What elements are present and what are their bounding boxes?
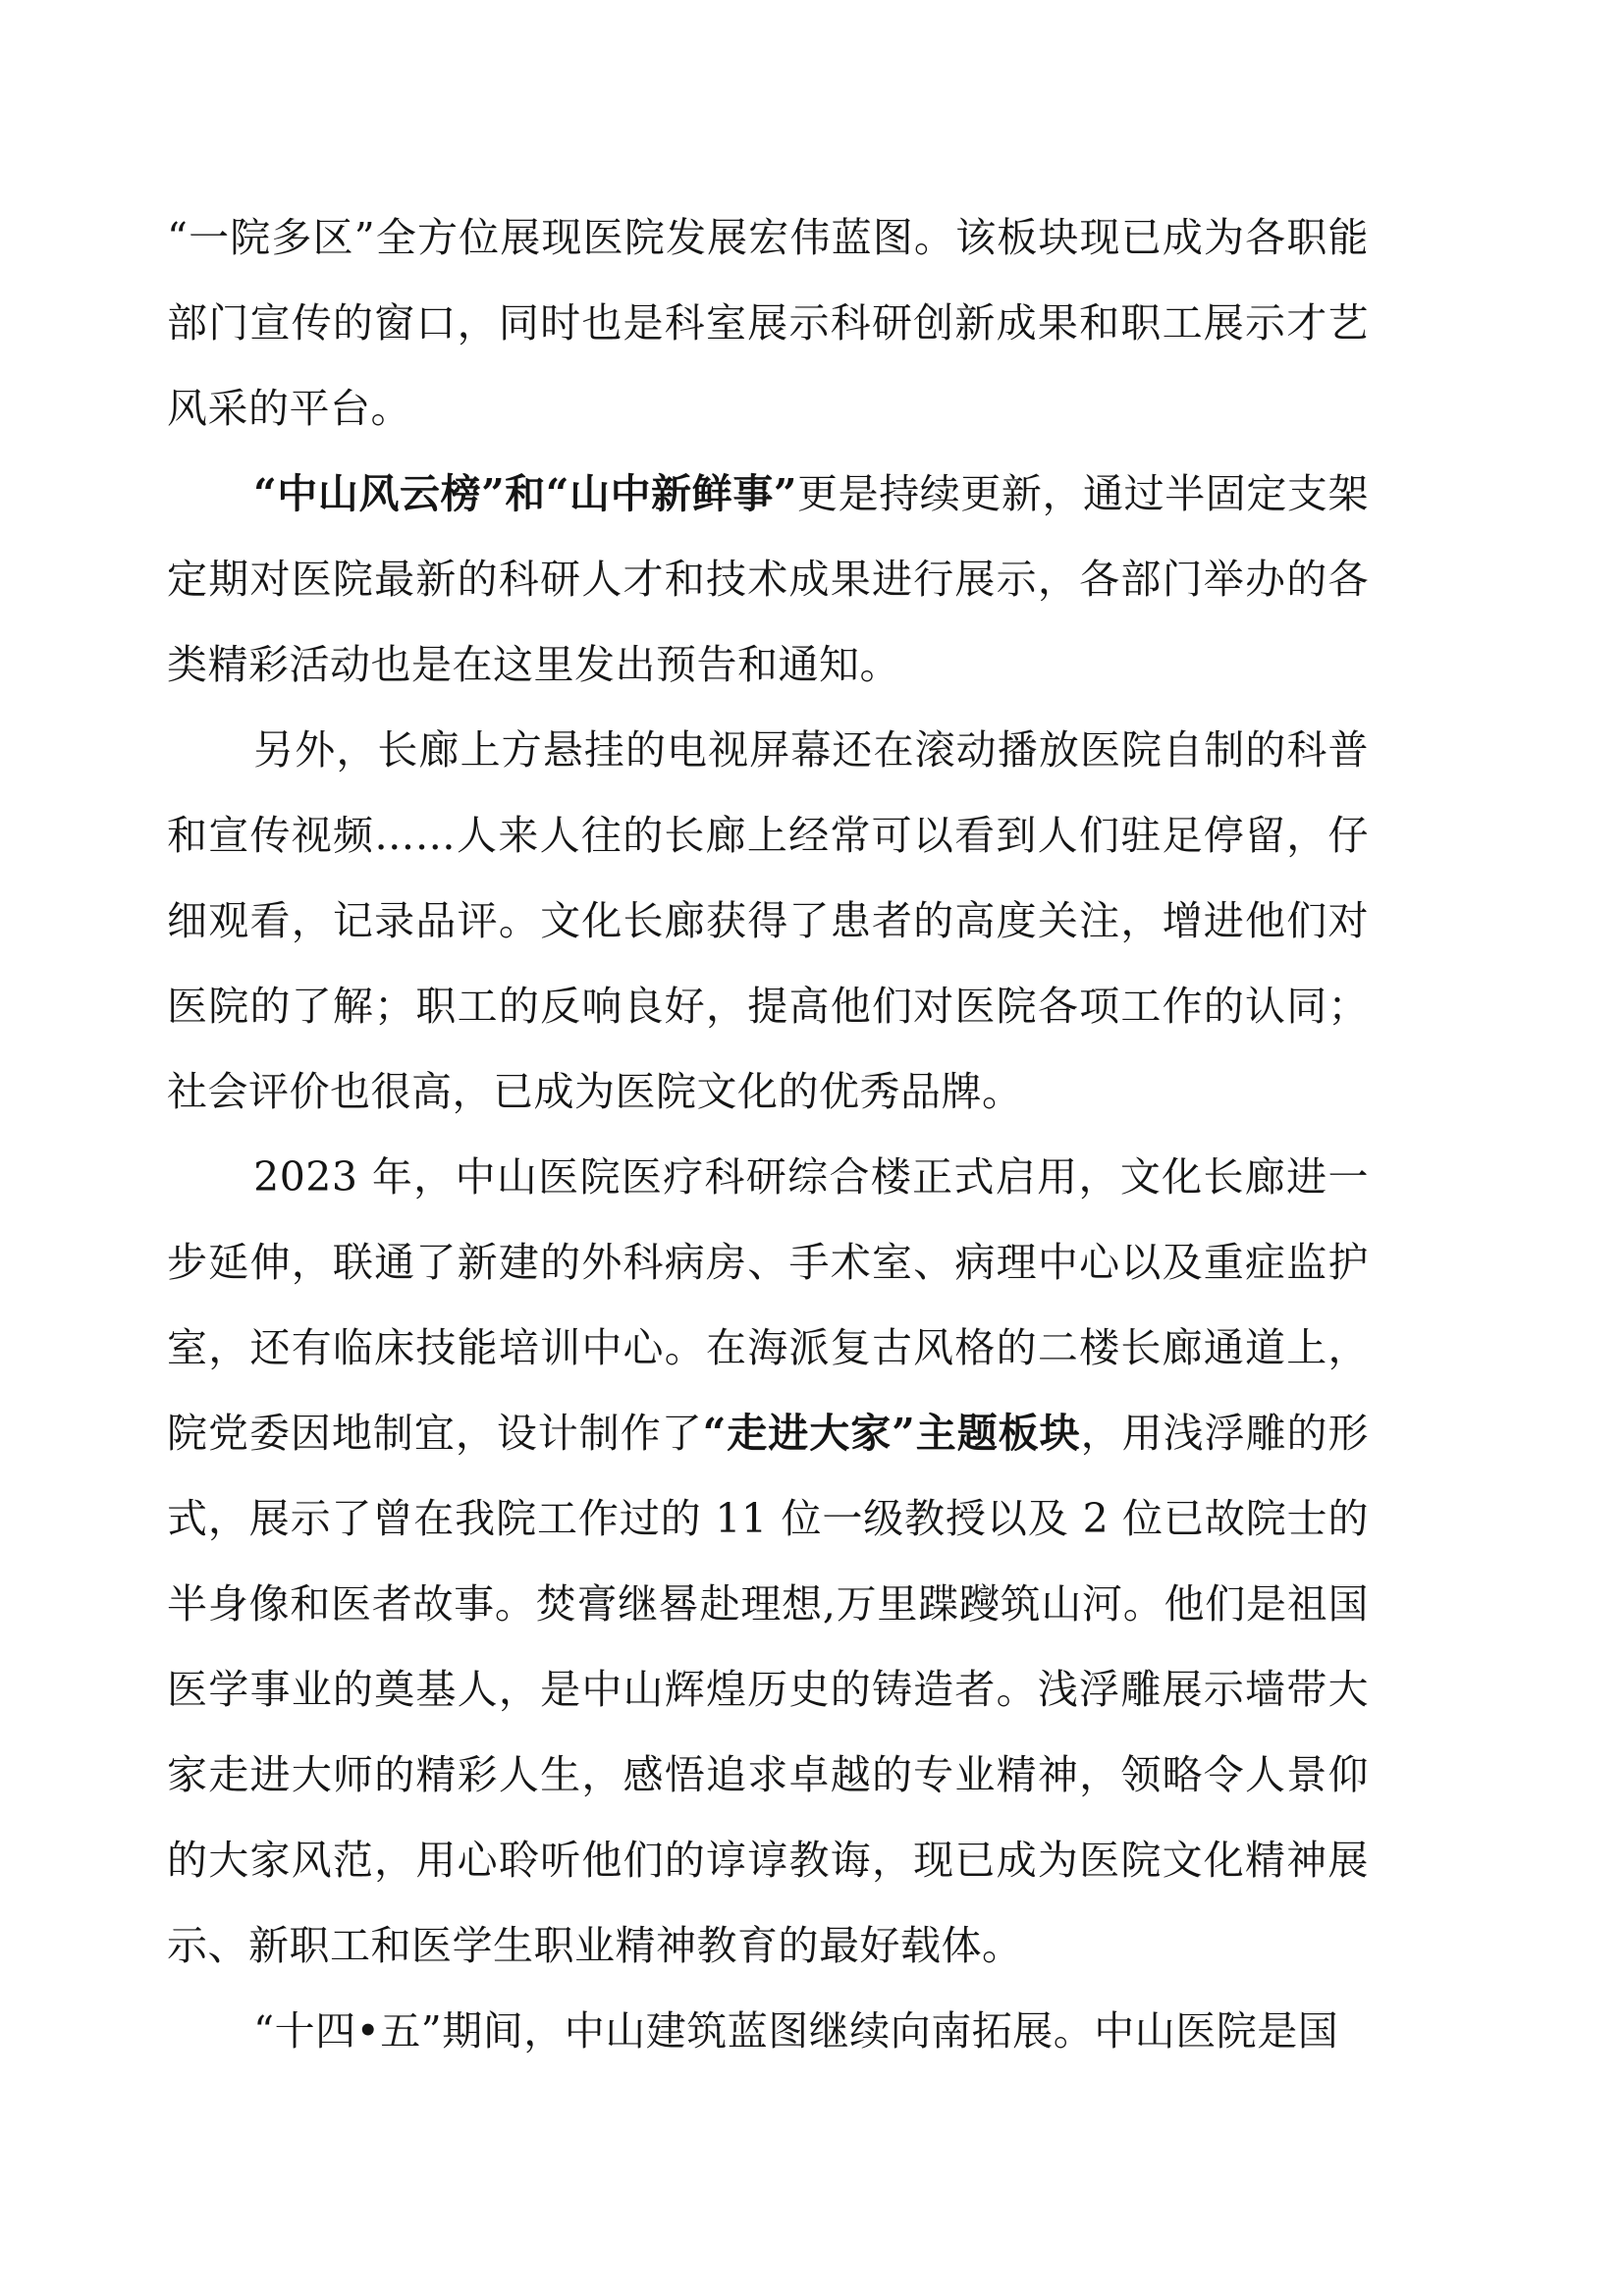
text-run: “一院多区”全方位展现医院发展宏伟蓝图。该板块现已成为各职能部门宣传的窗口，同时… — [167, 214, 1369, 432]
paragraph-4: 2023 年，中山医院医疗科研综合楼正式启用，文化长廊进一步延伸，联通了新建的外… — [167, 1135, 1369, 1989]
document-page: “一院多区”全方位展现医院发展宏伟蓝图。该板块现已成为各职能部门宣传的窗口，同时… — [0, 0, 1624, 2296]
text-run: ，用浅浮雕的形式，展示了曾在我院工作过的 11 位一级教授以及 2 位已故院士的… — [167, 1410, 1369, 1969]
paragraph-2: “中山风云榜”和“山中新鲜事”更是持续更新，通过半固定支架定期对医院最新的科研人… — [167, 452, 1369, 708]
document-text-block: “一院多区”全方位展现医院发展宏伟蓝图。该板块现已成为各职能部门宣传的窗口，同时… — [167, 195, 1369, 2074]
bold-text-run: “走进大家”主题板块 — [703, 1410, 1081, 1457]
paragraph-1: “一院多区”全方位展现医院发展宏伟蓝图。该板块现已成为各职能部门宣传的窗口，同时… — [167, 195, 1369, 452]
bold-text-run: “中山风云榜”和“山中新鲜事” — [253, 470, 797, 517]
paragraph-3: 另外，长廊上方悬挂的电视屏幕还在滚动播放医院自制的科普和宣传视频……人来人往的长… — [167, 708, 1369, 1135]
text-run: 另外，长廊上方悬挂的电视屏幕还在滚动播放医院自制的科普和宣传视频……人来人往的长… — [167, 726, 1369, 1115]
text-run: “十四•五”期间，中山建筑蓝图继续向南拓展。中山医院是国 — [253, 2007, 1338, 2055]
paragraph-5: “十四•五”期间，中山建筑蓝图继续向南拓展。中山医院是国 — [167, 1989, 1369, 2074]
